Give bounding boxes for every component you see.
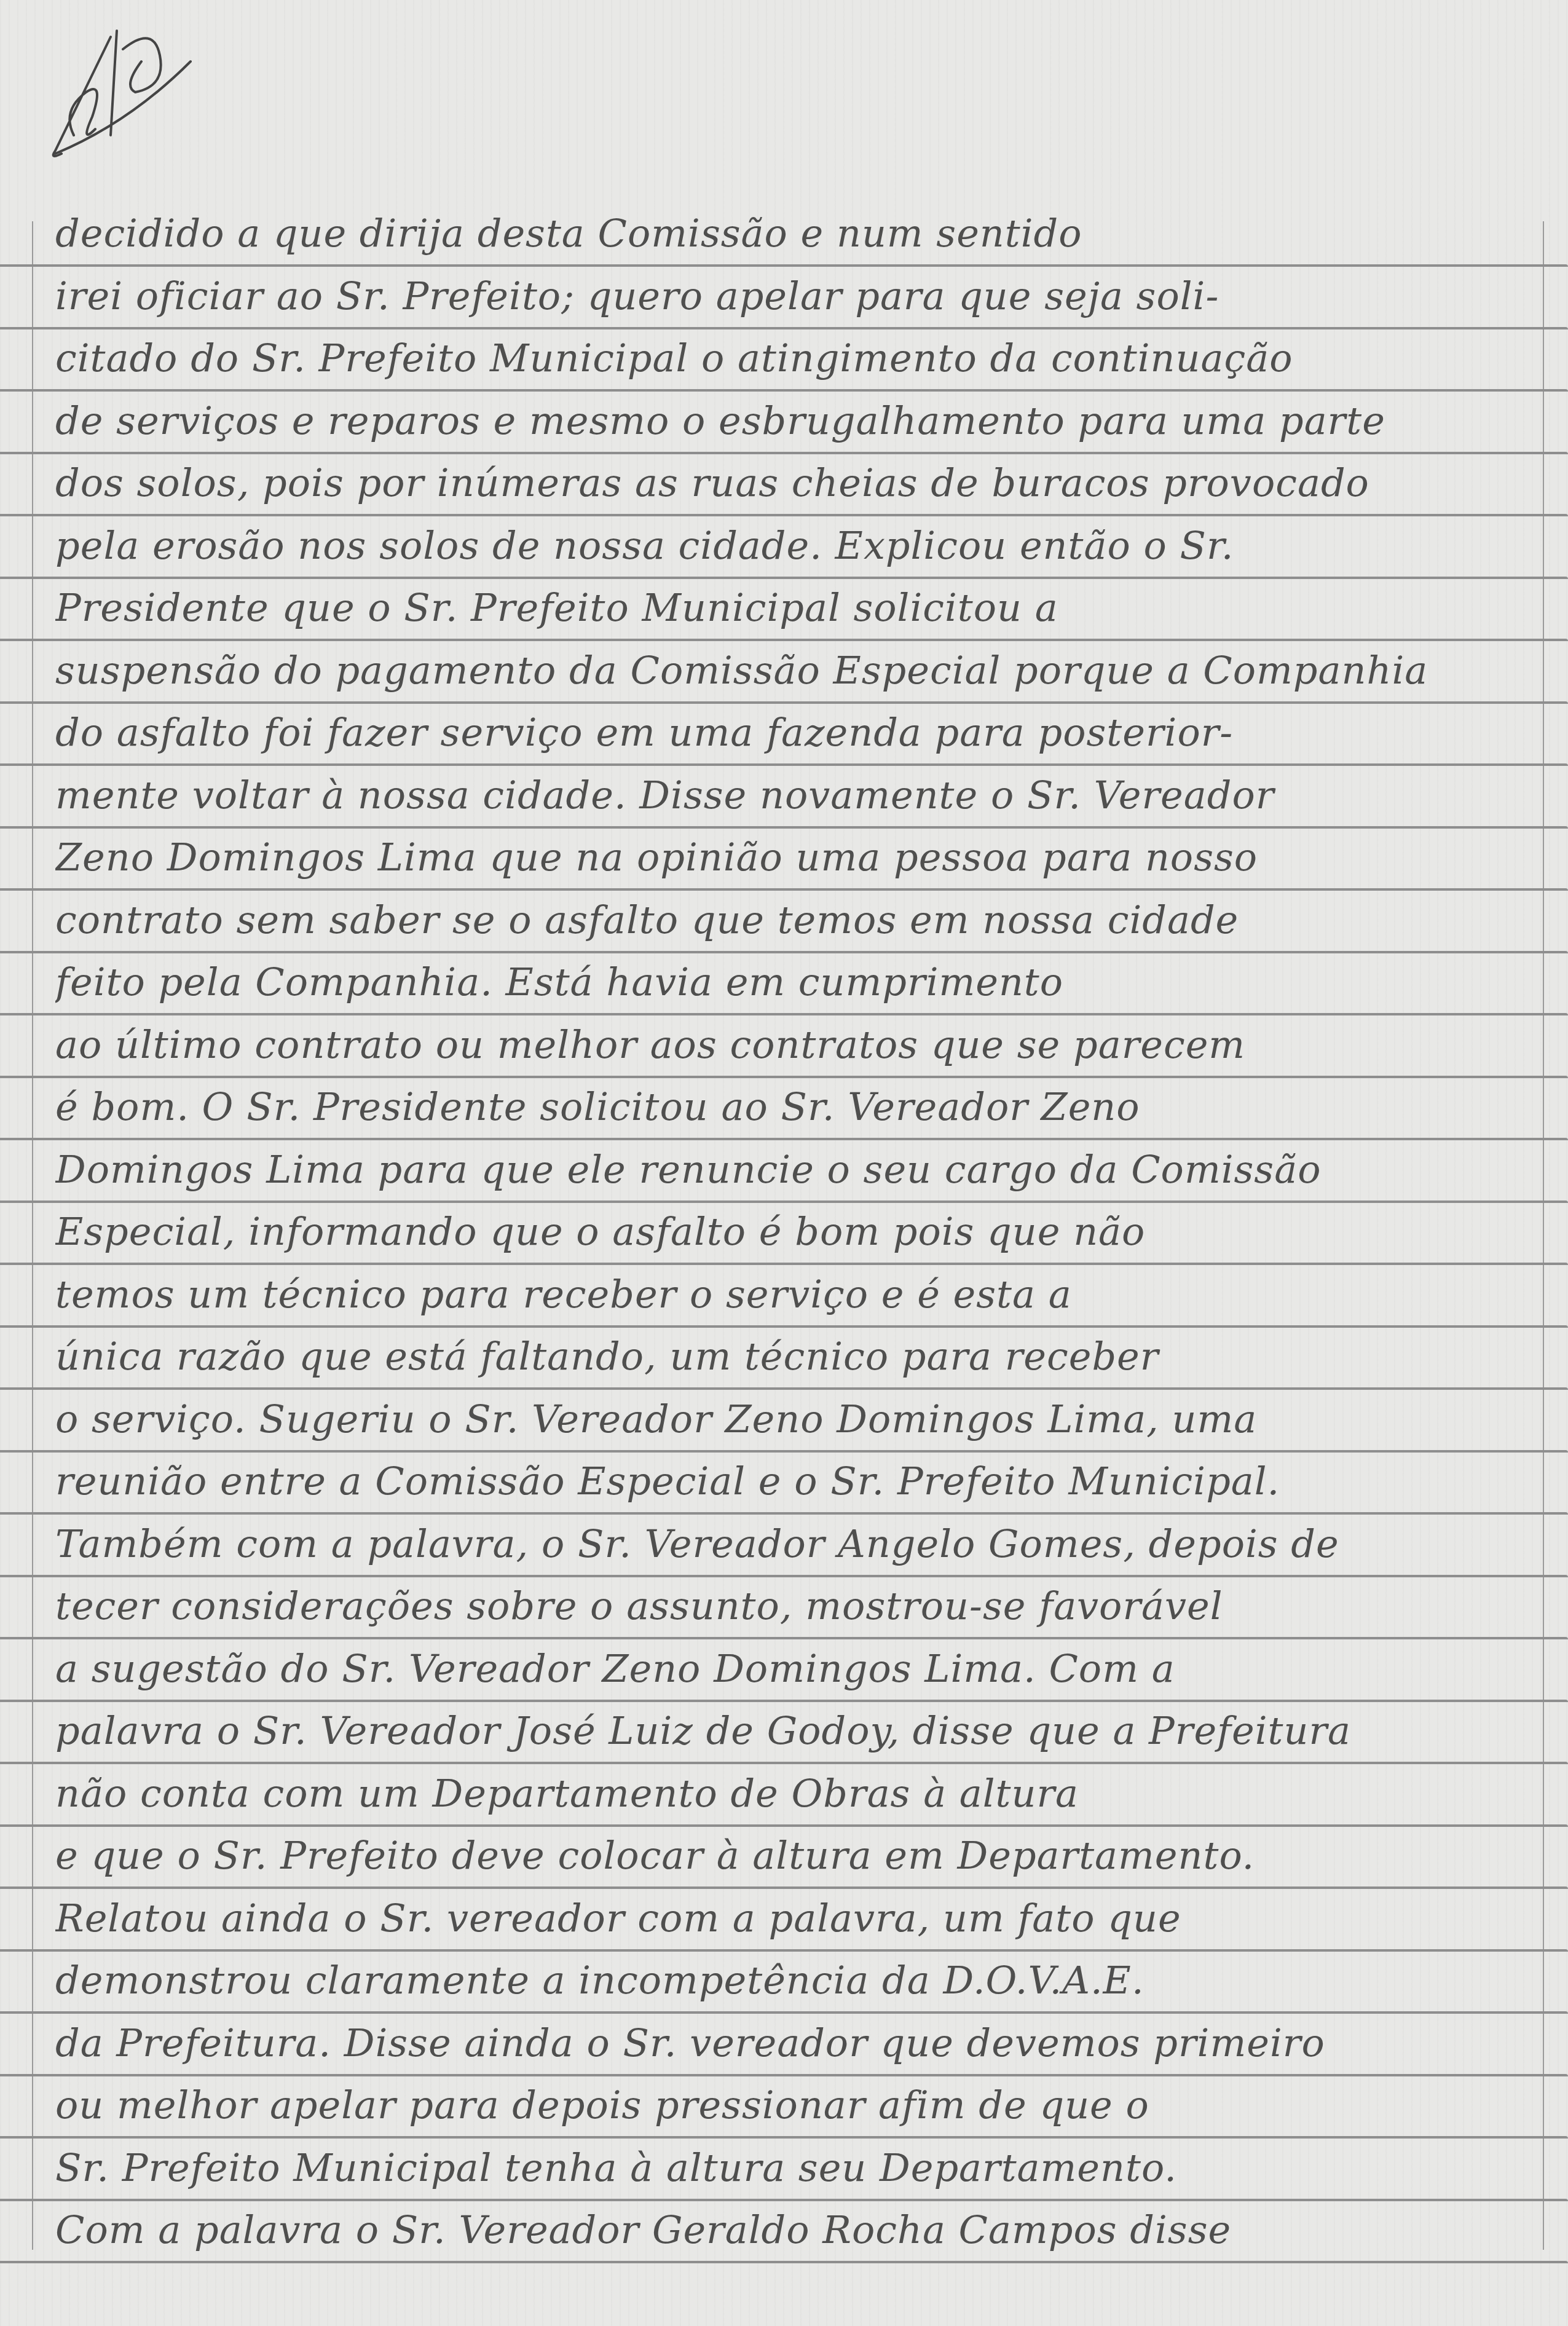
handwritten-line: irei oficiar ao Sr. Prefeito; quero apel…: [55, 262, 1531, 330]
handwritten-line: demonstrou claramente a incompetência da…: [55, 1947, 1531, 2014]
notebook-page: decidido a que dirija desta Comissão e n…: [0, 0, 1568, 2326]
handwritten-line: Também com a palavra, o Sr. Vereador Ang…: [55, 1510, 1531, 1578]
handwritten-line: reunião entre a Comissão Especial e o Sr…: [55, 1448, 1531, 1515]
handwritten-line: tecer considerações sobre o assunto, mos…: [55, 1572, 1531, 1640]
handwritten-line: mente voltar à nossa cidade. Disse novam…: [55, 762, 1531, 829]
handwritten-line: ao último contrato ou melhor aos contrat…: [55, 1011, 1531, 1079]
handwritten-line: Sr. Prefeito Municipal tenha à altura se…: [55, 2134, 1531, 2202]
handwritten-line: Presidente que o Sr. Prefeito Municipal …: [55, 574, 1531, 642]
handwritten-line: ou melhor apelar para depois pressionar …: [55, 2072, 1531, 2139]
handwritten-line: e que o Sr. Prefeito deve colocar à altu…: [55, 1822, 1531, 1890]
handwritten-line: única razão que está faltando, um técnic…: [55, 1323, 1531, 1390]
handwritten-line: de serviços e reparos e mesmo o esbrugal…: [55, 387, 1531, 455]
handwritten-line: não conta com um Departamento de Obras à…: [55, 1760, 1531, 1827]
handwritten-line: pela erosão nos solos de nossa cidade. E…: [55, 512, 1531, 580]
handwritten-line: suspensão do pagamento da Comissão Espec…: [55, 637, 1531, 704]
handwritten-line: citado do Sr. Prefeito Municipal o ating…: [55, 325, 1531, 392]
handwritten-line: dos solos, pois por inúmeras as ruas che…: [55, 449, 1531, 517]
handwritten-line: a sugestão do Sr. Vereador Zeno Domingos…: [55, 1635, 1531, 1703]
handwritten-line: Zeno Domingos Lima que na opinião uma pe…: [55, 824, 1531, 891]
handwritten-line: Com a palavra o Sr. Vereador Geraldo Roc…: [55, 2196, 1531, 2264]
handwritten-line: o serviço. Sugeriu o Sr. Vereador Zeno D…: [55, 1386, 1531, 1453]
handwritten-line: decidido a que dirija desta Comissão e n…: [55, 200, 1531, 267]
handwritten-line: Domingos Lima para que ele renuncie o se…: [55, 1136, 1531, 1204]
handwritten-line: é bom. O Sr. Presidente solicitou ao Sr.…: [55, 1073, 1531, 1141]
handwritten-line: do asfalto foi fazer serviço em uma faze…: [55, 699, 1531, 767]
handwritten-line: feito pela Companhia. Está havia em cump…: [55, 948, 1531, 1016]
handwritten-line: contrato sem saber se o asfalto que temo…: [55, 886, 1531, 954]
handwritten-line: palavra o Sr. Vereador José Luiz de Godo…: [55, 1697, 1531, 1765]
handwritten-line: temos um técnico para receber o serviço …: [55, 1261, 1531, 1328]
handwritten-line: da Prefeitura. Disse ainda o Sr. vereado…: [55, 2009, 1531, 2077]
handwritten-line: Especial, informando que o asfalto é bom…: [55, 1198, 1531, 1266]
handwritten-line: Relatou ainda o Sr. vereador com a palav…: [55, 1885, 1531, 1952]
